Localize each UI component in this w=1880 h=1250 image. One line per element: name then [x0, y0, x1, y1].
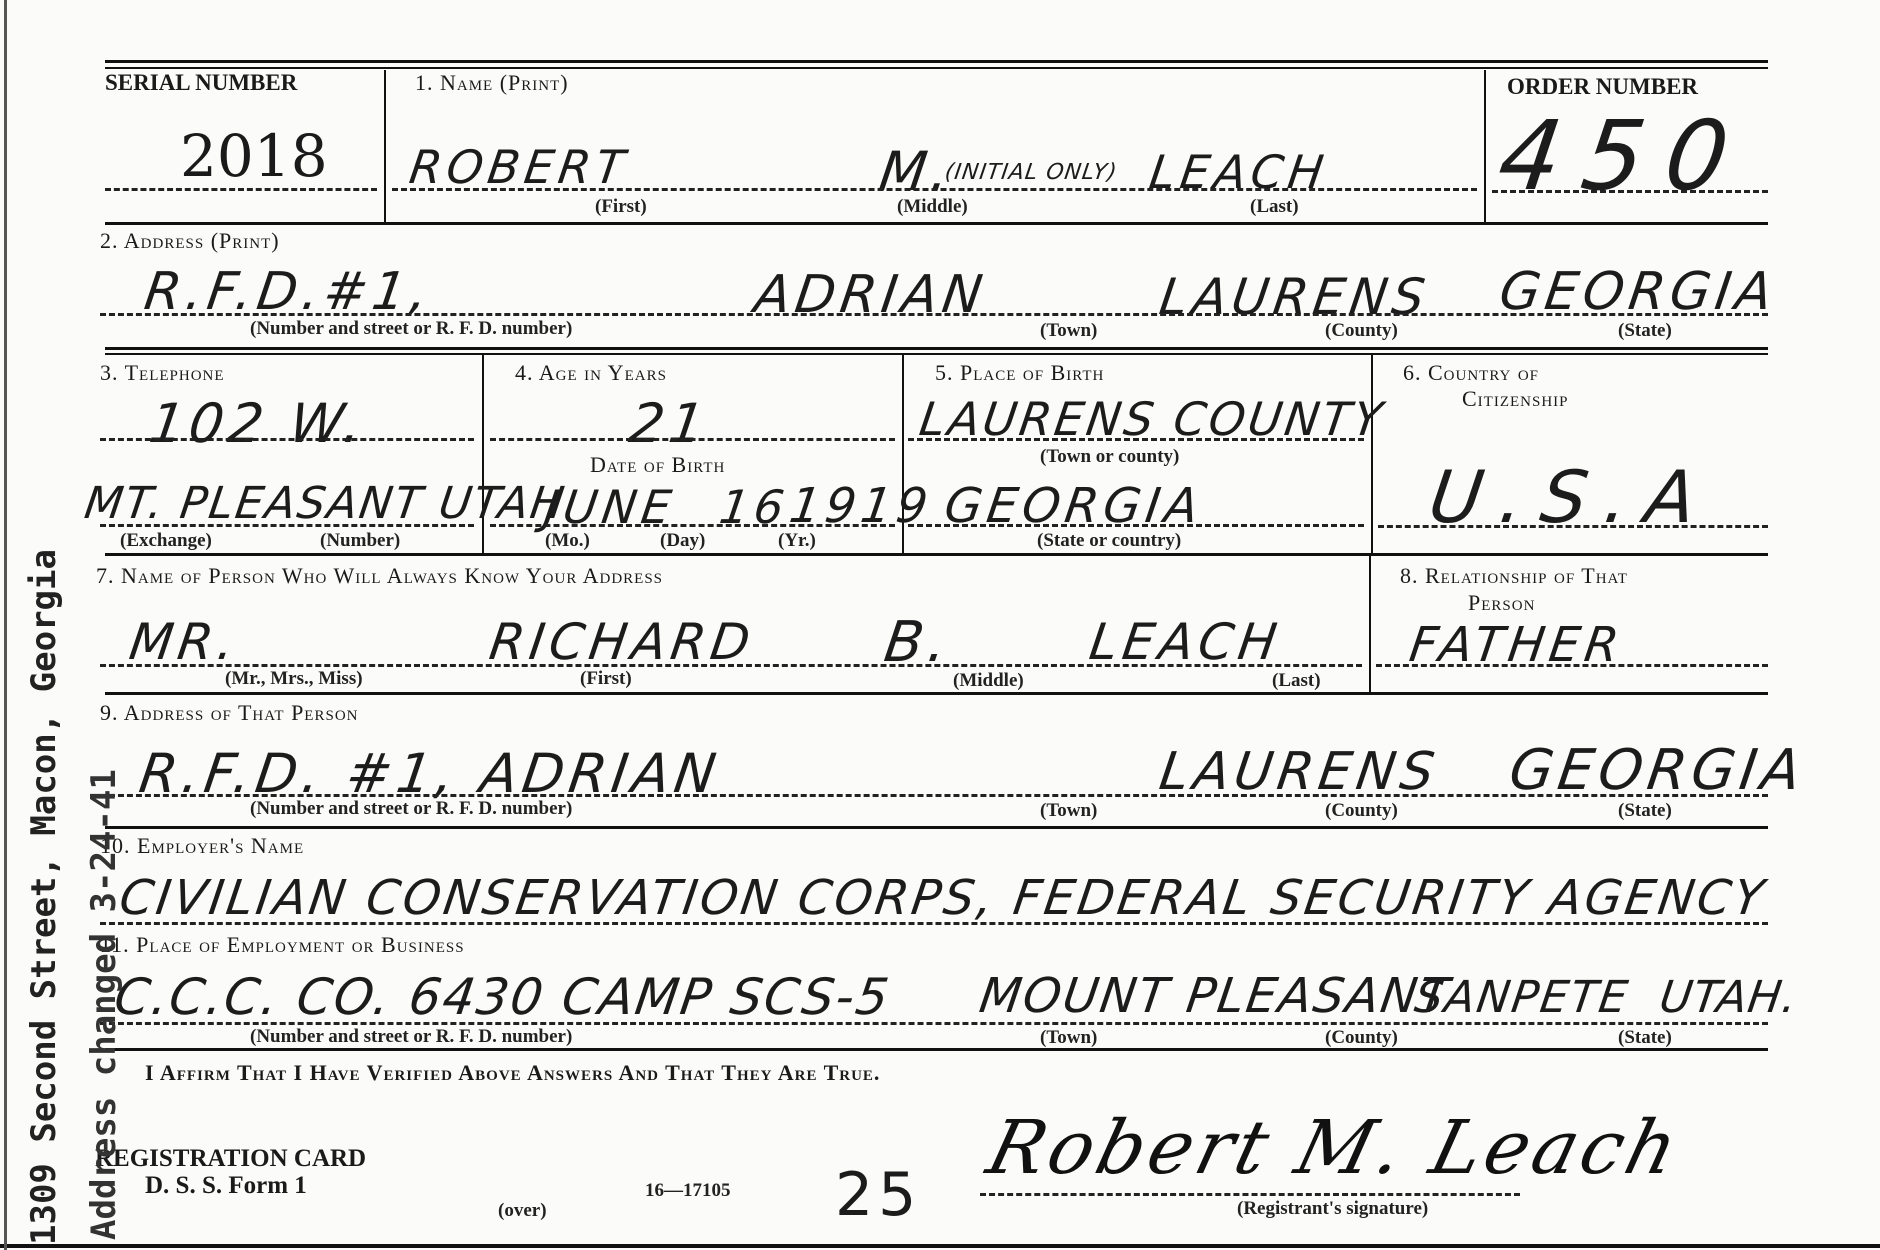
rule-row3 [105, 553, 1768, 556]
employment-place-label: 11. Place of Employment or Business [100, 932, 465, 958]
age-label: 4. Age in Years [515, 360, 667, 386]
rule-row11 [105, 1048, 1768, 1051]
telephone-dotted-line [100, 438, 474, 441]
divider-name-order [1484, 70, 1486, 222]
serial-number-value: 2018 [180, 122, 328, 190]
name-sub-first: (First) [595, 196, 647, 218]
contact-address-sub-state: (State) [1618, 800, 1672, 822]
name-first: Robert [406, 140, 632, 194]
rule-row1 [105, 222, 1768, 225]
over-note: (over) [498, 1200, 547, 1222]
registrant-signature: Robert M. Leach [979, 1105, 1689, 1191]
address-dotted-line [100, 313, 1768, 316]
order-dotted-line [1492, 190, 1768, 193]
employer-dotted-line [100, 922, 1768, 925]
contact-sub-last: (Last) [1272, 670, 1321, 692]
telephone-label: 3. Telephone [100, 360, 225, 386]
name-label: 1. Name (Print) [415, 70, 569, 96]
name-middle-note: (initial only) [943, 160, 1119, 185]
employment-sub-county: (County) [1325, 1027, 1398, 1049]
birthplace-label: 5. Place of Birth [935, 360, 1104, 386]
name-sub-middle: (Middle) [897, 196, 968, 218]
telephone-exchange: Mt. Pleasant Utah [81, 478, 569, 529]
birthplace-sub-state: (State or country) [1037, 530, 1181, 552]
contact-last: Leach [1086, 613, 1285, 671]
employment-sub-state: (State) [1618, 1027, 1672, 1049]
top-rule [105, 60, 1768, 63]
citizenship-label-2: Citizenship [1462, 386, 1569, 412]
citizenship-dotted-line [1378, 525, 1768, 528]
age-value: 21 [626, 392, 714, 455]
contact-first: Richard [486, 613, 759, 671]
contact-address-dotted-line [100, 794, 1768, 797]
employment-place-dotted-line [100, 1022, 1768, 1025]
affirmation-text: I Affirm That I Have Verified Above Answ… [145, 1060, 880, 1086]
employment-place-state: Utah. [1656, 972, 1800, 1023]
name-sub-last: (Last) [1250, 196, 1299, 218]
contact-address-sub-town: (Town) [1040, 800, 1097, 822]
address-town: Adrian [751, 265, 991, 325]
telephone-exchange-dotted-line [100, 524, 474, 527]
citizenship-label-1: 6. Country of [1403, 360, 1539, 386]
contact-sub-first: (First) [580, 668, 632, 690]
address-sub-street: (Number and street or R. F. D. number) [250, 318, 572, 340]
contact-sub-middle: (Middle) [953, 670, 1024, 692]
rule-row2b [105, 353, 1768, 355]
divider-contact-relationship [1369, 556, 1371, 692]
contact-label: 7. Name of Person Who Will Always Know Y… [96, 563, 663, 589]
address-sub-town: (Town) [1040, 320, 1097, 342]
order-number-value: 450 [1492, 100, 1757, 212]
dob-dotted-line [490, 524, 895, 527]
relationship-dotted-line [1376, 664, 1768, 667]
dob-sub-day: (Day) [660, 530, 705, 552]
form-number: D. S. S. Form 1 [145, 1172, 307, 1200]
order-number-label: ORDER NUMBER [1507, 74, 1698, 100]
dob-sub-yr: (Yr.) [778, 530, 816, 552]
birthplace-sub-town: (Town or county) [1040, 446, 1179, 468]
contact-dotted-line [100, 664, 1362, 667]
rule-row2 [105, 347, 1768, 350]
birthplace-state-dotted-line [908, 524, 1364, 527]
address-sub-state: (State) [1618, 320, 1672, 342]
employment-sub-town: (Town) [1040, 1027, 1097, 1049]
contact-address-sub-county: (County) [1325, 800, 1398, 822]
rule-row7 [105, 692, 1768, 695]
dob-label: Date of Birth [590, 452, 725, 478]
signature-note-number: 25 [835, 1160, 921, 1230]
registration-card-title: REGISTRATION CARD [95, 1145, 366, 1173]
serial-dotted-line [105, 188, 377, 191]
relationship-label-1: 8. Relationship of That [1400, 563, 1628, 589]
employment-place-county: Sanpete [1411, 972, 1632, 1023]
employment-sub-street: (Number and street or R. F. D. number) [250, 1026, 572, 1048]
bottom-rule [0, 1244, 1880, 1248]
contact-sub-title: (Mr., Mrs., Miss) [225, 668, 363, 690]
contact-address-label: 9. Address of That Person [100, 700, 358, 726]
address-county: Laurens [1156, 268, 1433, 326]
address-label: 2. Address (Print) [100, 228, 280, 254]
dob-sub-mo: (Mo.) [545, 530, 590, 552]
age-dotted-line [490, 438, 895, 441]
left-edge [4, 0, 7, 1250]
employer-label: 10. Employer's Name [100, 833, 304, 859]
divider-serial-name [384, 70, 386, 222]
relationship-label-2: Person [1468, 590, 1535, 616]
employer-value: Civilian Conservation Corps, Federal Sec… [116, 870, 1770, 926]
contact-address-sub-street: (Number and street or R. F. D. number) [250, 798, 572, 820]
name-dotted-line [392, 188, 1477, 191]
telephone-sub-number: (Number) [320, 530, 400, 552]
birthplace-dotted-line [908, 438, 1364, 441]
print-code: 16—17105 [645, 1180, 731, 1202]
stamp-address-changed: Address changed 3-24-41 [84, 769, 124, 1240]
employment-place-street: C.C.C. Co. 6430 Camp SCS-5 [111, 968, 894, 1026]
address-sub-county: (County) [1325, 320, 1398, 342]
signature-dotted-line [980, 1193, 1520, 1196]
stamp-new-address: 1309 Second Street, Macon, Georgia [24, 549, 64, 1245]
serial-number-label: SERIAL NUMBER [105, 70, 297, 96]
divider-birth-citizen [1371, 355, 1373, 553]
rule-row9 [105, 826, 1768, 829]
top-rule-2 [105, 67, 1768, 69]
employment-place-town: Mount Pleasant [976, 968, 1454, 1024]
contact-title: Mr. [126, 613, 243, 671]
signature-label: (Registrant's signature) [1237, 1198, 1428, 1220]
contact-address-county: Laurens [1156, 742, 1443, 802]
telephone-sub-exchange: (Exchange) [120, 530, 212, 552]
telephone-number: 102 W. [146, 392, 371, 455]
